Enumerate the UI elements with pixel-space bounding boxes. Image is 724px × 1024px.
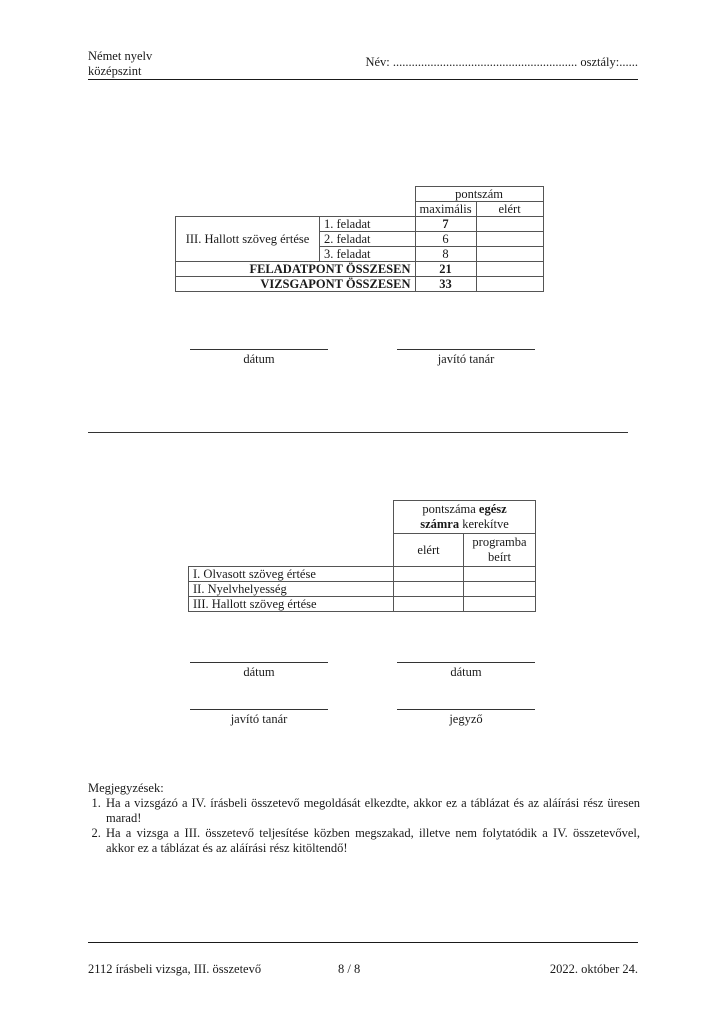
note-item: Ha a vizsgázó a IV. írásbeli összetevő m…: [104, 796, 640, 826]
score-table-listening: pontszám maximális elért III. Hallott sz…: [175, 186, 544, 292]
notes-section: Megjegyzések: Ha a vizsgázó a IV. írásbe…: [88, 781, 640, 856]
task-achieved-input[interactable]: [476, 217, 543, 232]
table-row: III. Hallott szöveg értése 1. feladat 7: [176, 217, 544, 232]
section-divider: [88, 432, 628, 433]
signature-examiner-1[interactable]: javító tanár: [397, 349, 535, 367]
component-label: I. Olvasott szöveg értése: [189, 567, 394, 582]
achieved-input[interactable]: [394, 597, 464, 612]
footer-page-number: 8 / 8: [338, 962, 360, 977]
table-row: VIZSGAPONT ÖSSZESEN 33: [176, 277, 544, 292]
subject-name: Német nyelv: [88, 49, 152, 64]
signature-line: [190, 662, 328, 663]
signature-line: [190, 709, 328, 710]
entered-input[interactable]: [464, 582, 536, 597]
signature-date-1[interactable]: dátum: [190, 349, 328, 367]
task-max: 6: [415, 232, 476, 247]
signature-date-3[interactable]: dátum: [397, 662, 535, 680]
name-class-field[interactable]: Név: ...................................…: [342, 55, 638, 70]
signature-date-2[interactable]: dátum: [190, 662, 328, 680]
note-item: Ha a vizsga a III. összetevő teljesítése…: [104, 826, 640, 856]
signature-line: [397, 709, 535, 710]
component-label: III. Hallott szöveg értése: [189, 597, 394, 612]
signature-line: [397, 349, 535, 350]
table-row: II. Nyelvhelyesség: [189, 582, 536, 597]
header-max: maximális: [415, 202, 476, 217]
section-label: III. Hallott szöveg értése: [176, 217, 320, 262]
task-label: 1. feladat: [320, 217, 416, 232]
signature-examiner-2[interactable]: javító tanár: [190, 709, 328, 727]
header-entered: programba beírt: [464, 534, 536, 567]
signature-line: [190, 349, 328, 350]
signature-label: dátum: [397, 665, 535, 680]
task-total-label: FELADATPONT ÖSSZESEN: [176, 262, 416, 277]
signature-label: javító tanár: [397, 352, 535, 367]
exam-total-max: 33: [415, 277, 476, 292]
table-row: FELADATPONT ÖSSZESEN 21: [176, 262, 544, 277]
footer-exam-code: 2112 írásbeli vizsga, III. összetevő: [88, 962, 261, 977]
signature-notary[interactable]: jegyző: [397, 709, 535, 727]
achieved-input[interactable]: [394, 567, 464, 582]
entered-input[interactable]: [464, 597, 536, 612]
task-achieved-input[interactable]: [476, 247, 543, 262]
task-max: 8: [415, 247, 476, 262]
signature-label: dátum: [190, 352, 328, 367]
subject-level: középszint: [88, 64, 152, 79]
achieved-input[interactable]: [394, 582, 464, 597]
entered-input[interactable]: [464, 567, 536, 582]
signature-label: dátum: [190, 665, 328, 680]
score-table-rounded: pontszáma egész számra kerekítve elért p…: [188, 500, 536, 612]
footer-date: 2022. október 24.: [500, 962, 638, 977]
header-divider: [88, 79, 638, 80]
component-label: II. Nyelvhelyesség: [189, 582, 394, 597]
signature-label: jegyző: [397, 712, 535, 727]
exam-total-label: VIZSGAPONT ÖSSZESEN: [176, 277, 416, 292]
header-rounded-points: pontszáma egész számra kerekítve: [394, 501, 536, 534]
signature-label: javító tanár: [190, 712, 328, 727]
task-total-max: 21: [415, 262, 476, 277]
task-total-achieved-input[interactable]: [476, 262, 543, 277]
task-label: 3. feladat: [320, 247, 416, 262]
header-points: pontszám: [415, 187, 543, 202]
task-label: 2. feladat: [320, 232, 416, 247]
task-achieved-input[interactable]: [476, 232, 543, 247]
exam-total-achieved-input[interactable]: [476, 277, 543, 292]
footer-divider: [88, 942, 638, 943]
table-row: III. Hallott szöveg értése: [189, 597, 536, 612]
task-max: 7: [415, 217, 476, 232]
header-achieved: elért: [476, 202, 543, 217]
table-row: I. Olvasott szöveg értése: [189, 567, 536, 582]
header-achieved: elért: [394, 534, 464, 567]
subject-header: Német nyelv középszint: [88, 49, 152, 79]
notes-title: Megjegyzések:: [88, 781, 640, 796]
signature-line: [397, 662, 535, 663]
